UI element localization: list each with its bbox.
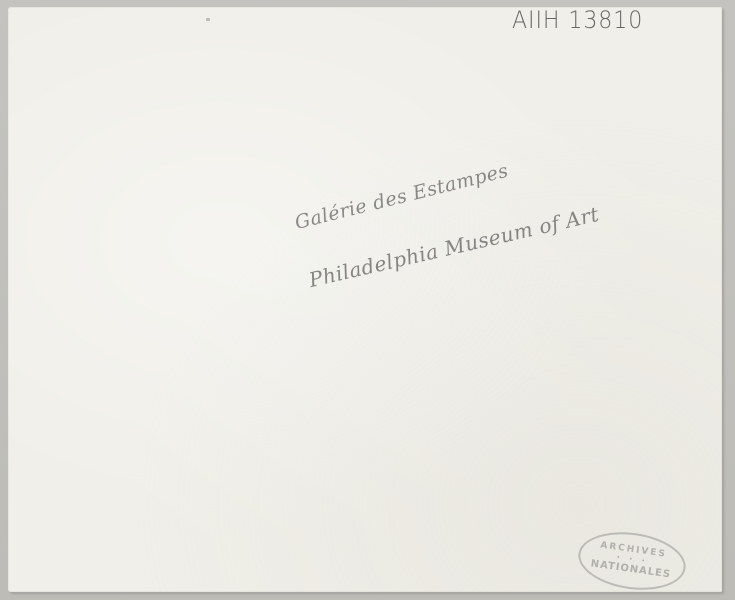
- paper-texture: [8, 7, 722, 592]
- photo-mount-card: [8, 7, 722, 592]
- accession-number: AIIH 13810: [512, 6, 643, 34]
- paper-speck: [206, 18, 210, 21]
